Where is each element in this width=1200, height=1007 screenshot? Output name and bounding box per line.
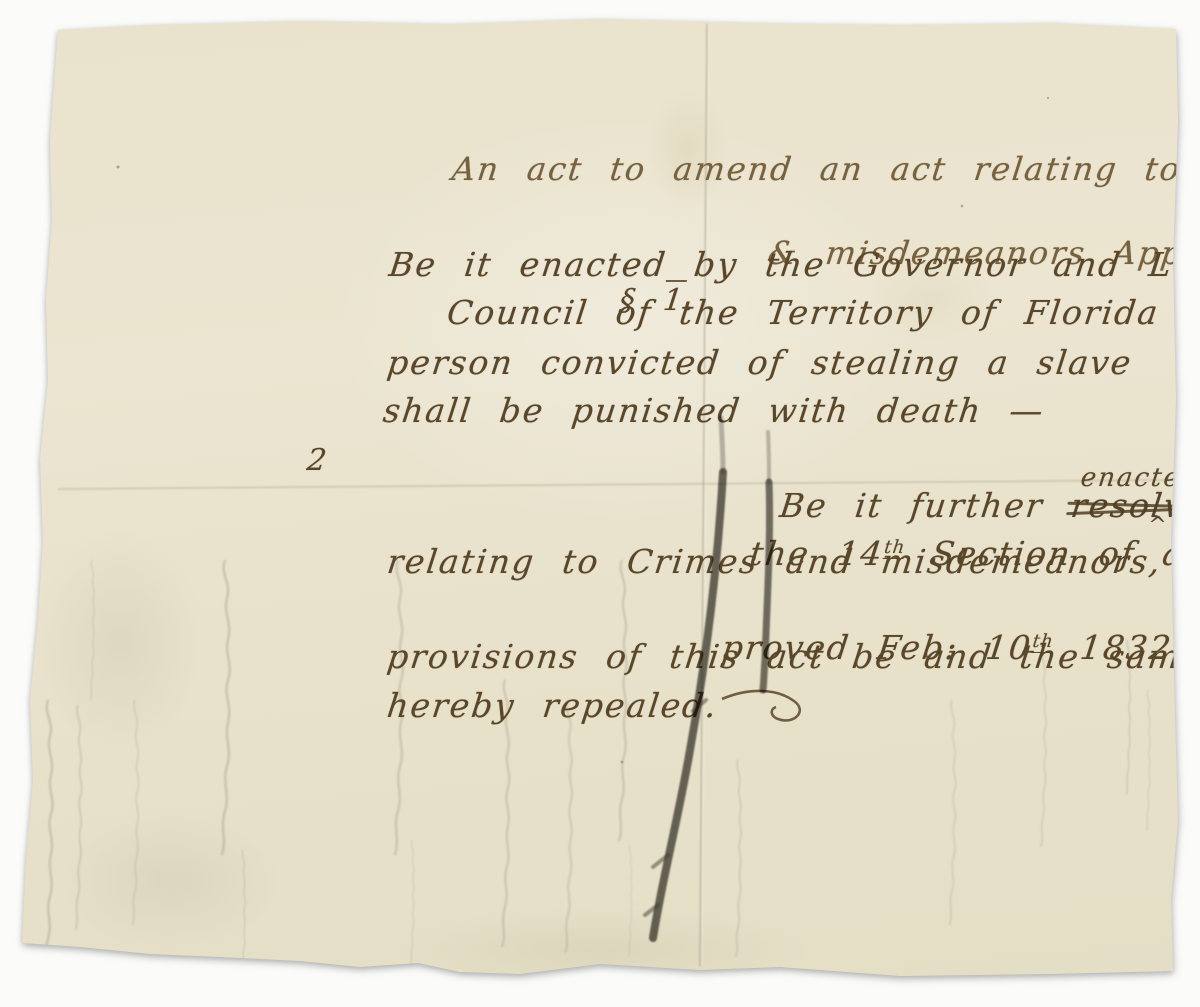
manuscript-text: An act to amend an act relating to Crime…: [0, 0, 1200, 1007]
scanned-document-scene: An act to amend an act relating to Crime…: [0, 0, 1200, 1007]
pen-flourish: [720, 685, 830, 731]
document-page: An act to amend an act relating to Crime…: [0, 0, 1200, 1007]
paper-shadow-wrap: An act to amend an act relating to Crime…: [0, 0, 1200, 1007]
section2-line-6: hereby repealed.: [110, 646, 830, 770]
